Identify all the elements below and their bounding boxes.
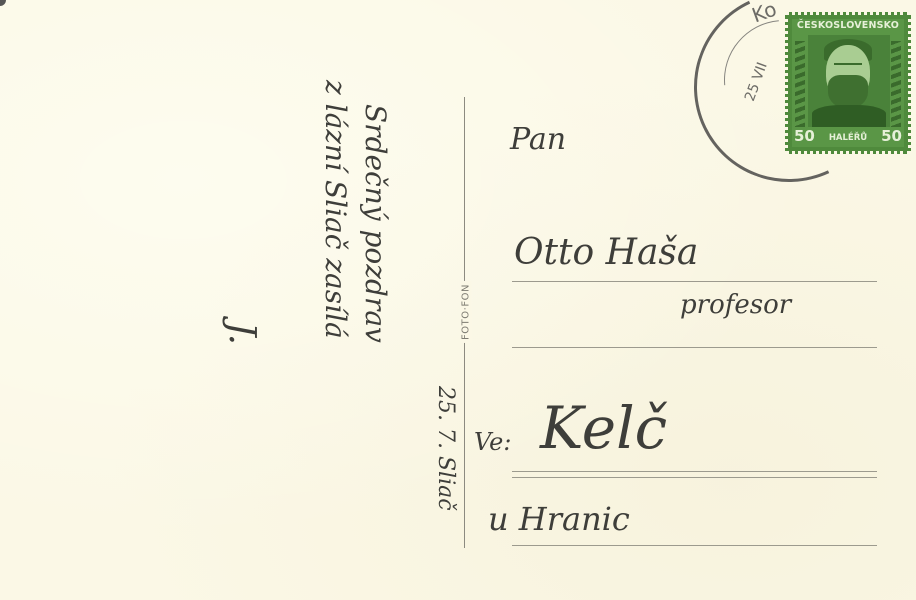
publisher-label: FOTO·FON [461, 281, 472, 343]
address-line-1 [512, 281, 877, 282]
address-line-2 [512, 347, 877, 348]
stamp-value-right: 50 [881, 127, 902, 145]
address-line-3a [512, 471, 877, 472]
address-line-4 [512, 545, 877, 546]
address-line-3b [512, 477, 877, 478]
postcard: Srdečný pozdrav z lázní Sliač zasílá 25.… [0, 0, 916, 600]
stamp-country: ČESKOSLOVENSKO [792, 20, 904, 31]
address-salutation: Pan [510, 122, 566, 157]
address-town: Kelč [540, 394, 667, 462]
laurel-right-icon [891, 41, 901, 127]
message-date-place: 25. 7. Sliač [433, 386, 458, 511]
postage-stamp: ČESKOSLOVENSKO 50 HALÉŘŮ 50 [785, 12, 911, 154]
corner-mark [0, 0, 6, 6]
address-region: u Hranic [488, 500, 630, 538]
laurel-left-icon [795, 41, 805, 127]
address-name: Otto Haša [514, 232, 698, 273]
address-title: profesor [680, 290, 791, 320]
address-town-prefix: Ve: [474, 428, 511, 456]
signature: J. [221, 322, 262, 345]
message-line-1: Srdečný pozdrav [359, 104, 392, 343]
stamp-portrait [808, 35, 890, 127]
message-line-2: z lázní Sliač zasílá [319, 80, 352, 339]
stamp-face: ČESKOSLOVENSKO 50 HALÉŘŮ 50 [792, 19, 904, 147]
